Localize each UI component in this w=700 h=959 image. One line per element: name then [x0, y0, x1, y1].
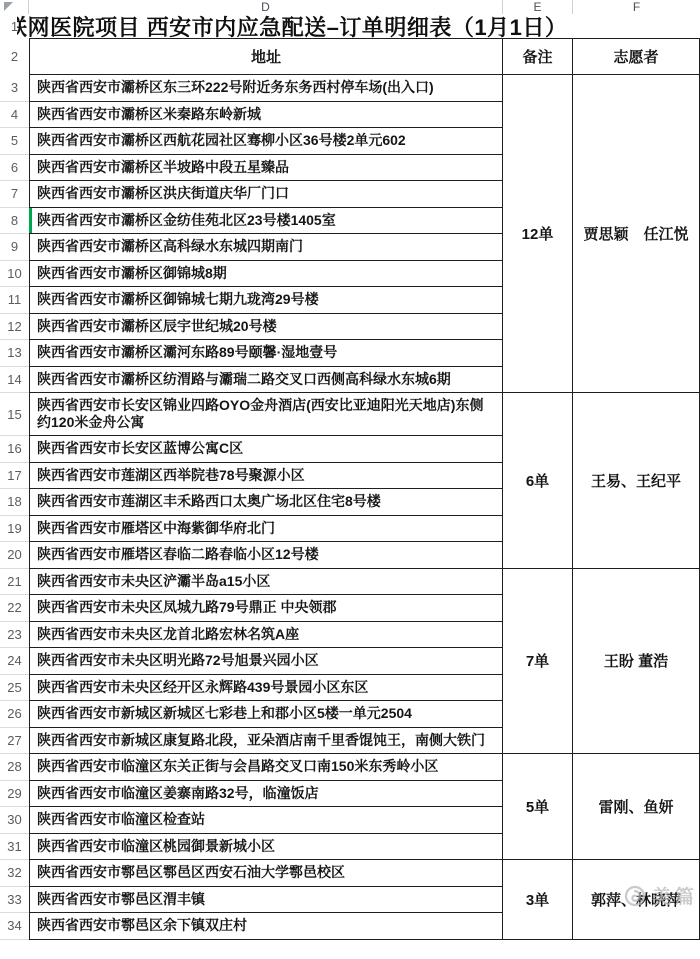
select-all-corner[interactable] [0, 0, 29, 14]
column-letter-f[interactable]: F [572, 0, 700, 14]
address-cell[interactable]: 陕西省西安市灞桥区洪庆街道庆华厂门口 [29, 181, 502, 208]
row-number[interactable]: 27 [0, 728, 29, 755]
row-number[interactable]: 13 [0, 340, 29, 367]
row-number[interactable]: 14 [0, 367, 29, 394]
note-merged-cell[interactable]: 12单 [502, 75, 572, 393]
address-cell[interactable]: 陕西省西安市莲湖区西举院巷78号聚源小区 [29, 463, 502, 490]
volunteer-header-cell[interactable]: 志愿者 [572, 38, 700, 75]
address-cell[interactable]: 陕西省西安市长安区锦业四路OYO金舟酒店(西安比亚迪阳光天地店)东侧约120米金… [29, 393, 502, 436]
row-number[interactable]: 28 [0, 754, 29, 781]
row-number[interactable]: 34 [0, 913, 29, 940]
row-number[interactable]: 25 [0, 675, 29, 702]
row-number[interactable]: 16 [0, 436, 29, 463]
row-number[interactable]: 17 [0, 463, 29, 490]
address-cell[interactable]: 陕西省西安市灞桥区东三环222号附近务东务西村停车场(出入口) [29, 75, 502, 102]
row-number[interactable]: 31 [0, 834, 29, 861]
address-cell[interactable]: 陕西省西安市未央区浐灞半岛a15小区 [29, 569, 502, 596]
row-number[interactable]: 20 [0, 542, 29, 569]
address-cell[interactable]: 陕西省西安市临潼区检查站 [29, 807, 502, 834]
row-number[interactable]: 23 [0, 622, 29, 649]
note-merged-cell[interactable]: 7单 [502, 569, 572, 755]
row-number[interactable]: 19 [0, 516, 29, 543]
address-cell[interactable]: 陕西省西安市长安区蓝博公寓C区 [29, 436, 502, 463]
note-header-cell[interactable]: 备注 [502, 38, 572, 75]
address-cell[interactable]: 陕西省西安市未央区经开区永辉路439号景园小区东区 [29, 675, 502, 702]
row-number[interactable]: 4 [0, 102, 29, 129]
volunteer-merged-cell[interactable]: 雷刚、鱼妍 [572, 754, 700, 860]
row-number[interactable]: 7 [0, 181, 29, 208]
row-number[interactable]: 15 [0, 393, 29, 436]
row-number[interactable]: 26 [0, 701, 29, 728]
address-cell[interactable]: 陕西省西安市鄠邑区鄠邑区西安石油大学鄠邑校区 [29, 860, 502, 887]
address-cell[interactable]: 陕西省西安市鄠邑区渭丰镇 [29, 887, 502, 914]
address-cell[interactable]: 陕西省西安市灞桥区半坡路中段五星臻品 [29, 155, 502, 182]
address-header-cell[interactable]: 地址 [29, 38, 502, 75]
address-cell[interactable]: 陕西省西安市未央区明光路72号旭景兴园小区 [29, 648, 502, 675]
address-cell[interactable]: 陕西省西安市灞桥区御锦城8期 [29, 261, 502, 288]
volunteer-merged-cell[interactable]: 郭萍、林晓萍 [572, 860, 700, 940]
row-number[interactable]: 11 [0, 287, 29, 314]
address-cell[interactable]: 陕西省西安市灞桥区金纺佳苑北区23号楼1405室 [29, 208, 502, 235]
row-number[interactable]: 9 [0, 234, 29, 261]
row-number[interactable]: 3 [0, 75, 29, 102]
address-cell[interactable]: 陕西省西安市未央区凤城九路79号鼎正 中央领郡 [29, 595, 502, 622]
address-cell[interactable]: 陕西省西安市莲湖区丰禾路西口太奥广场北区住宅8号楼 [29, 489, 502, 516]
row-number[interactable]: 2 [0, 38, 29, 75]
column-letter-e[interactable]: E [502, 0, 572, 14]
volunteer-merged-cell[interactable]: 贾思颖 任江悦 [572, 75, 700, 393]
note-merged-cell[interactable]: 6单 [502, 393, 572, 569]
row-number[interactable]: 33 [0, 887, 29, 914]
note-merged-cell[interactable]: 3单 [502, 860, 572, 940]
row-number[interactable]: 24 [0, 648, 29, 675]
address-cell[interactable]: 陕西省西安市灞桥区纺渭路与灞瑞二路交叉口西侧高科绿水东城6期 [29, 367, 502, 394]
row-number[interactable]: 5 [0, 128, 29, 155]
row-number[interactable]: 8 [0, 208, 29, 235]
row-number[interactable]: 12 [0, 314, 29, 341]
address-cell[interactable]: 陕西省西安市灞桥区灞河东路89号颐馨·湿地壹号 [29, 340, 502, 367]
row-number[interactable]: 21 [0, 569, 29, 596]
select-all-triangle-icon [4, 2, 13, 11]
address-cell[interactable]: 陕西省西安市临潼区姜寨南路32号，临潼饭店 [29, 781, 502, 808]
volunteer-merged-cell[interactable]: 王盼 董浩 [572, 569, 700, 755]
row-number[interactable]: 29 [0, 781, 29, 808]
address-cell[interactable]: 陕西省西安市雁塔区中海紫御华府北门 [29, 516, 502, 543]
volunteer-merged-cell[interactable]: 王易、王纪平 [572, 393, 700, 569]
row-number[interactable]: 10 [0, 261, 29, 288]
row-number[interactable]: 6 [0, 155, 29, 182]
address-cell[interactable]: 陕西省西安市雁塔区春临二路春临小区12号楼 [29, 542, 502, 569]
row-number[interactable]: 30 [0, 807, 29, 834]
column-letter-d[interactable]: D [29, 0, 502, 14]
selection-marker [29, 208, 32, 234]
address-cell[interactable]: 陕西省西安市临潼区东关正街与会昌路交叉口南150米东秀岭小区 [29, 754, 502, 781]
address-cell[interactable]: 陕西省西安市灞桥区高科绿水东城四期南门 [29, 234, 502, 261]
address-cell[interactable]: 陕西省西安市灞桥区西航花园社区骞柳小区36号楼2单元602 [29, 128, 502, 155]
sheet-title: 联网医院项目 西安市内应急配送–订单明细表（1月1日） [17, 14, 567, 38]
address-cell[interactable]: 陕西省西安市灞桥区御锦城七期九珑湾29号楼 [29, 287, 502, 314]
address-cell[interactable]: 陕西省西安市灞桥区米秦路东岭新城 [29, 102, 502, 129]
note-merged-cell[interactable]: 5单 [502, 754, 572, 860]
row-number[interactable]: 18 [0, 489, 29, 516]
address-cell[interactable]: 陕西省西安市临潼区桃园御景新城小区 [29, 834, 502, 861]
title-row[interactable]: 1 联网医院项目 西安市内应急配送–订单明细表（1月1日） [0, 14, 700, 38]
address-cell[interactable]: 陕西省西安市未央区龙首北路宏林名筑A座 [29, 622, 502, 649]
address-cell[interactable]: 陕西省西安市灞桥区辰宇世纪城20号楼 [29, 314, 502, 341]
address-cell[interactable]: 陕西省西安市新城区新城区七彩巷上和郡小区5楼一单元2504 [29, 701, 502, 728]
row-number[interactable]: 32 [0, 860, 29, 887]
address-cell[interactable]: 陕西省西安市新城区康复路北段，亚朵酒店南千里香馄饨王，南侧大铁门 [29, 728, 502, 755]
row-number[interactable]: 22 [0, 595, 29, 622]
spreadsheet-grid: D E F 1 联网医院项目 西安市内应急配送–订单明细表（1月1日） 2 地址… [0, 0, 700, 940]
title-clip: 联网医院项目 西安市内应急配送–订单明细表（1月1日） [17, 14, 700, 38]
address-cell[interactable]: 陕西省西安市鄠邑区余下镇双庄村 [29, 913, 502, 940]
